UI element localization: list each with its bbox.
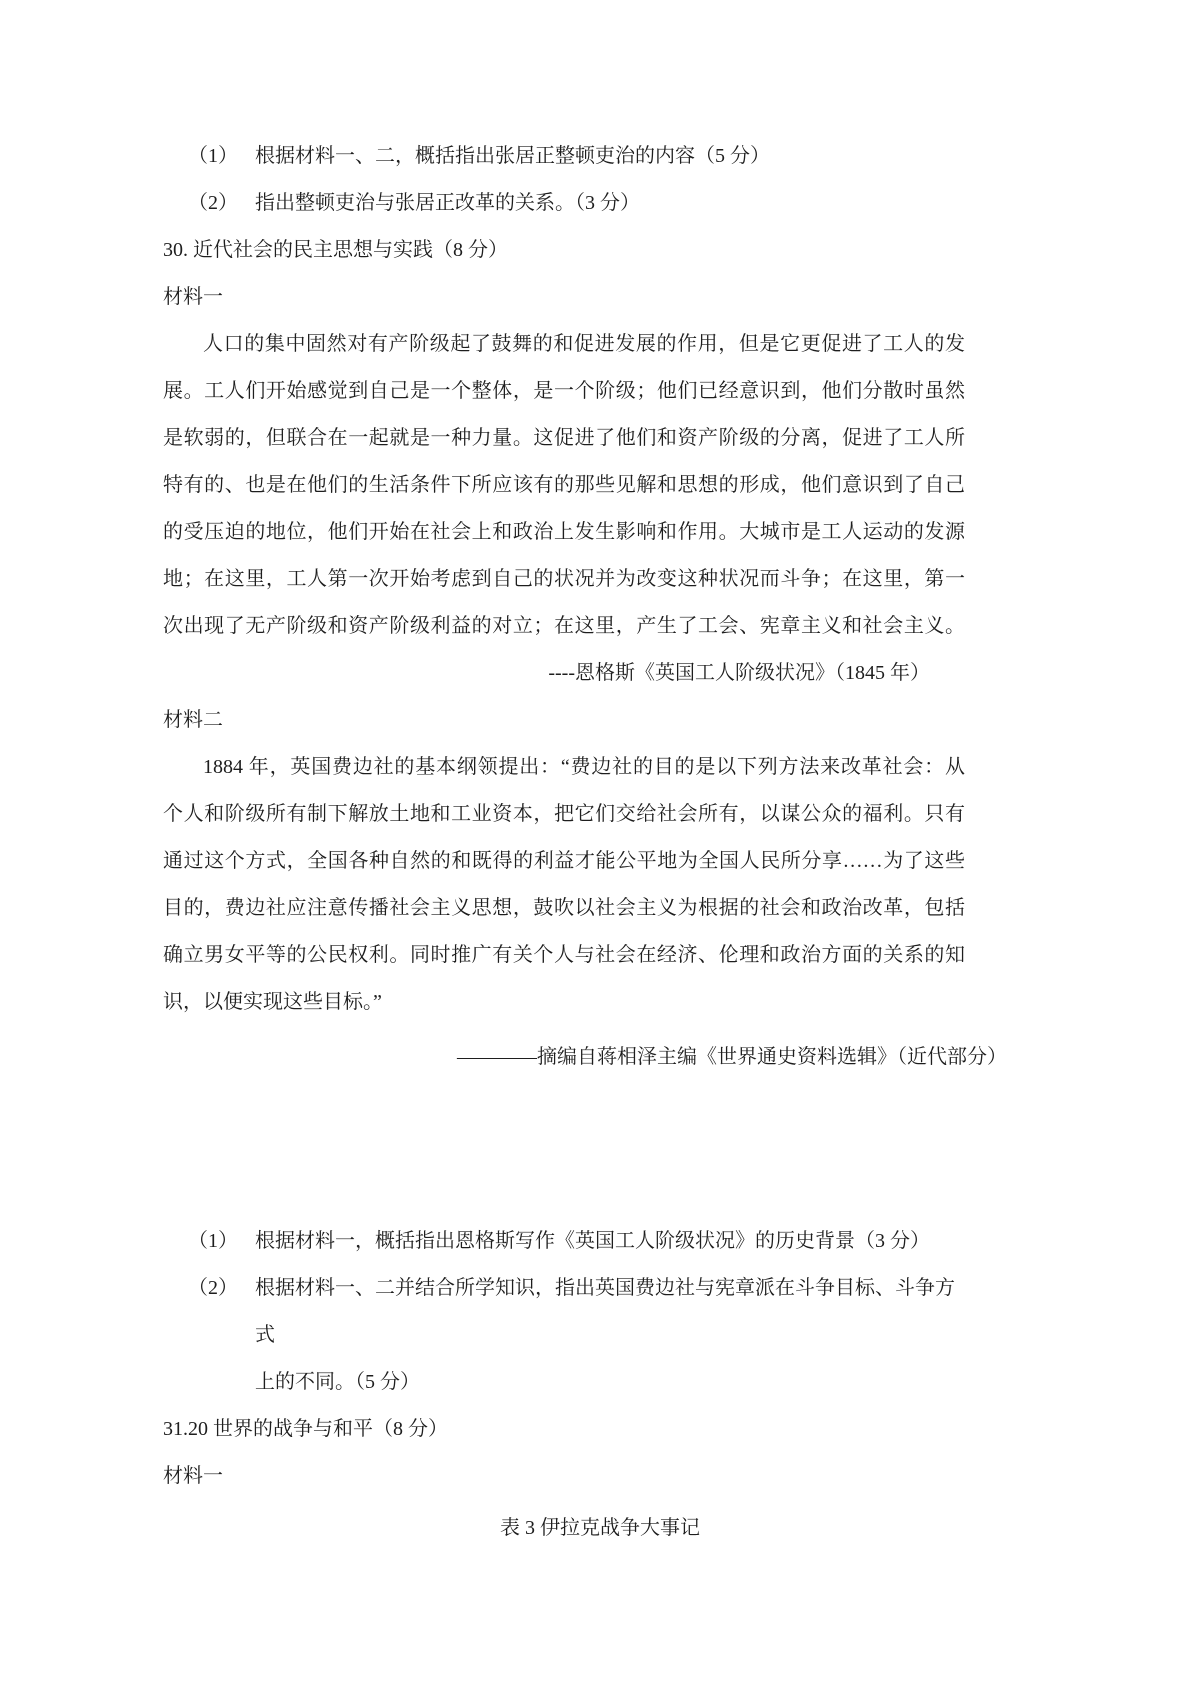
text-line: 个人和阶级所有制下解放土地和工业资本，把它们交给社会所有，以谋公众的福利。只有 bbox=[163, 791, 965, 838]
item-text: 根据材料一，概括指出恩格斯写作《英国工人阶级状况》的历史背景（3 分） bbox=[255, 1230, 930, 1252]
text-line: 特有的、也是在他们的生活条件下所应该有的那些见解和思想的形成，他们意识到了自己 bbox=[163, 462, 965, 509]
item-number: （2） bbox=[188, 1265, 255, 1312]
text-line: 识，以便实现这些目标。” bbox=[163, 979, 965, 1026]
text-line: 次出现了无产阶级和资产阶级利益的对立；在这里，产生了工会、宪章主义和社会主义。 bbox=[163, 603, 965, 650]
item-text: 指出整顿吏治与张居正改革的关系。（3 分） bbox=[255, 192, 640, 214]
question-30-item-1: （1）根据材料一，概括指出恩格斯写作《英国工人阶级状况》的历史背景（3 分） bbox=[188, 1218, 965, 1265]
page-content: （1）根据材料一、二，概括指出张居正整顿吏治的内容（5 分） （2）指出整顿吏治… bbox=[163, 0, 965, 1552]
material-1-paragraph: 人口的集中固然对有产阶级起了鼓舞的和促进发展的作用，但是它更促进了工人的发展。工… bbox=[163, 321, 965, 650]
material-2-paragraph: 1884 年，英国费边社的基本纲领提出：“费边社的目的是以下列方法来改革社会：从… bbox=[163, 744, 965, 1026]
item-number: （1） bbox=[188, 133, 255, 180]
text-line: 通过这个方式，全国各种自然的和既得的利益才能公平地为全国人民所分享……为了这些 bbox=[163, 838, 965, 885]
material-2-source: ————摘编自蒋相泽主编《世界通史资料选辑》（近代部分） bbox=[163, 1034, 1007, 1081]
question-30-item-2-continuation: 上的不同。（5 分） bbox=[255, 1359, 965, 1406]
material-1-source: ----恩格斯《英国工人阶级状况》（1845 年） bbox=[163, 650, 965, 697]
question-30-item-2: （2）根据材料一、二并结合所学知识，指出英国费边社与宪章派在斗争目标、斗争方式 bbox=[188, 1265, 965, 1359]
question-30-heading: 30. 近代社会的民主思想与实践（8 分） bbox=[163, 227, 965, 274]
text-line: 确立男女平等的公民权利。同时推广有关个人与社会在经济、伦理和政治方面的关系的知 bbox=[163, 932, 965, 979]
item-number: （1） bbox=[188, 1218, 255, 1265]
text-line: 的受压迫的地位，他们开始在社会上和政治上发生影响和作用。大城市是工人运动的发源 bbox=[163, 509, 965, 556]
material-1-label-q31: 材料一 bbox=[163, 1453, 965, 1500]
table-3-caption: 表 3 伊拉克战争大事记 bbox=[235, 1505, 965, 1552]
item-number: （2） bbox=[188, 180, 255, 227]
exam-page: （1）根据材料一、二，概括指出张居正整顿吏治的内容（5 分） （2）指出整顿吏治… bbox=[0, 0, 1200, 1698]
text-line: 1884 年，英国费边社的基本纲领提出：“费边社的目的是以下列方法来改革社会：从 bbox=[163, 744, 965, 791]
prev-question-item-2: （2）指出整顿吏治与张居正改革的关系。（3 分） bbox=[188, 180, 965, 227]
item-text: 根据材料一、二，概括指出张居正整顿吏治的内容（5 分） bbox=[255, 145, 770, 167]
text-line: 是软弱的，但联合在一起就是一种力量。这促进了他们和资产阶级的分离，促进了工人所 bbox=[163, 415, 965, 462]
material-1-label: 材料一 bbox=[163, 274, 965, 321]
text-line: 地；在这里，工人第一次开始考虑到自己的状况并为改变这种状况而斗争；在这里，第一 bbox=[163, 556, 965, 603]
text-line: 人口的集中固然对有产阶级起了鼓舞的和促进发展的作用，但是它更促进了工人的发 bbox=[163, 321, 965, 368]
material-2-label: 材料二 bbox=[163, 697, 965, 744]
text-line: 展。工人们开始感觉到自己是一个整体，是一个阶级；他们已经意识到，他们分散时虽然 bbox=[163, 368, 965, 415]
question-31-heading: 31.20 世界的战争与和平（8 分） bbox=[163, 1406, 965, 1453]
prev-question-item-1: （1）根据材料一、二，概括指出张居正整顿吏治的内容（5 分） bbox=[188, 133, 965, 180]
item-text: 根据材料一、二并结合所学知识，指出英国费边社与宪章派在斗争目标、斗争方式 bbox=[255, 1277, 955, 1346]
text-line: 目的，费边社应注意传播社会主义思想，鼓吹以社会主义为根据的社会和政治改革，包括 bbox=[163, 885, 965, 932]
